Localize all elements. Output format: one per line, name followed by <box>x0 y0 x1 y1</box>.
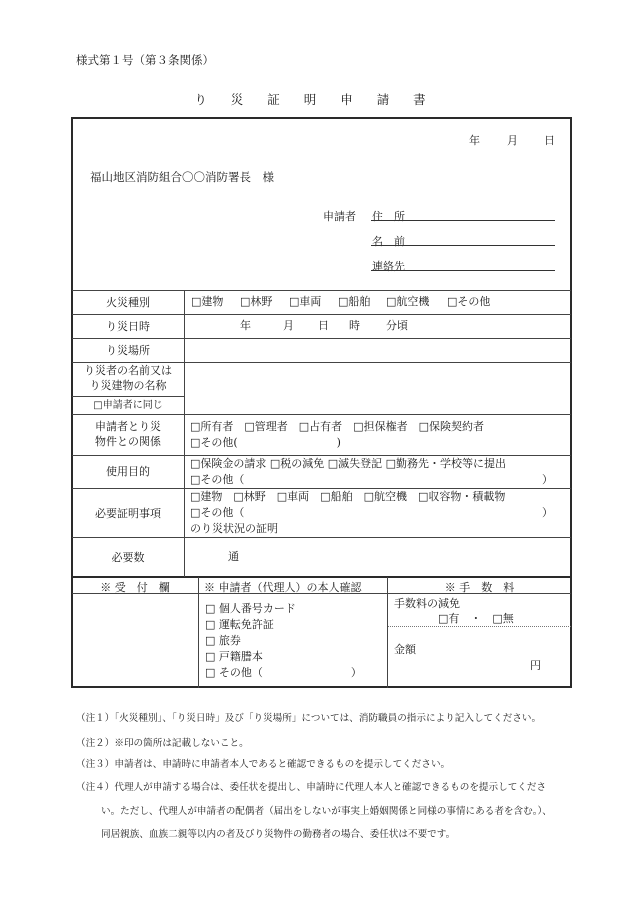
document-title: り 災 証 明 申 請 書 <box>0 90 630 108</box>
relationship-label-line1: 申請者とり災 <box>72 419 184 434</box>
fee-exemption-label: 手数料の減免 <box>394 596 460 612</box>
fire-type-label: 火災種別 <box>72 295 184 310</box>
victim-name-label: り災者の名前又は り災建物の名称 <box>72 363 184 393</box>
applicant-label: 申請者 <box>323 208 356 224</box>
divider <box>72 576 571 578</box>
identity-option-family-register[interactable]: □ 戸籍謄本 <box>205 649 263 665</box>
addressee: 福山地区消防組合〇〇消防署長 様 <box>90 169 274 185</box>
fire-type-option-vehicle[interactable]: □車両 <box>289 294 321 310</box>
address-label: 住 所 <box>372 208 405 224</box>
required-items-options-line1[interactable]: □建物 □林野 □車両 □船舶 □航空機 □収容物・積載物 <box>190 489 505 505</box>
name-label: 名 前 <box>372 233 405 249</box>
relationship-options-other[interactable]: □その他( ) <box>190 435 341 451</box>
fire-datetime-label: り災日時 <box>72 319 184 334</box>
date-year-label: 年 <box>469 132 480 148</box>
divider <box>72 396 185 397</box>
date-month-label: 月 <box>507 132 518 148</box>
date-day-label: 日 <box>544 132 555 148</box>
fire-datetime-hour: 時 <box>349 318 360 334</box>
fire-datetime-year: 年 <box>240 318 251 334</box>
identity-option-my-number-card[interactable]: □ 個人番号カード <box>205 601 296 617</box>
divider <box>72 290 571 291</box>
fire-type-option-other[interactable]: □その他 <box>447 294 490 310</box>
fire-place-label: り災場所 <box>72 343 184 358</box>
required-items-other-close-paren: ） <box>542 505 553 521</box>
fire-type-option-building[interactable]: □建物 <box>191 294 223 310</box>
fire-datetime-month: 月 <box>283 318 294 334</box>
note-4-continued-2: 同居親族、血族二親等以内の者及びり災物件の勤務者の場合、委任状は不要です。 <box>101 826 455 840</box>
note-4: （注４）代理人が申請する場合は、委任状を提出し、申請時に代理人本人と確認できるも… <box>76 779 546 793</box>
required-items-suffix: のり災状況の証明 <box>190 521 278 537</box>
fee-currency-unit: 円 <box>530 658 541 674</box>
contact-input-line[interactable] <box>371 270 555 271</box>
fire-datetime-day: 日 <box>318 318 329 334</box>
relationship-label: 申請者とり災 物件との関係 <box>72 419 184 449</box>
note-4-continued-1: い。ただし、代理人が申請者の配偶者（届出をしないが事実上婚姻関係と同様の事情にあ… <box>101 803 552 817</box>
required-items-option-other[interactable]: □その他（ <box>190 505 244 521</box>
purpose-other-close-paren: ） <box>542 472 553 488</box>
purpose-option-other[interactable]: □その他（ <box>190 472 244 488</box>
victim-name-label-line2: り災建物の名称 <box>72 378 184 393</box>
fee-header: ※ 手 数 料 <box>388 579 571 595</box>
address-input-line[interactable] <box>371 220 555 221</box>
fire-type-option-ship[interactable]: □船舶 <box>338 294 370 310</box>
note-1: （注１）「火災種別」、「り災日時」及び「り災場所」については、消防職員の指示によ… <box>76 710 541 724</box>
victim-name-label-line1: り災者の名前又は <box>72 363 184 378</box>
purpose-label: 使用目的 <box>72 464 184 479</box>
same-as-applicant-checkbox[interactable]: □申請者に同じ <box>72 398 184 413</box>
relationship-label-line2: 物件との関係 <box>72 434 184 449</box>
fee-exemption-options[interactable]: □有 ・ □無 <box>438 611 514 627</box>
victim-name-input[interactable] <box>186 364 570 413</box>
note-3: （注３）申請者は、申請時に申請者本人であると確認できるものを提示してください。 <box>76 756 450 770</box>
fire-type-option-forest[interactable]: □林野 <box>240 294 272 310</box>
divider <box>72 338 571 339</box>
fire-place-input[interactable] <box>186 340 570 361</box>
identity-header: ※ 申請者（代理人）の本人確認 <box>204 579 362 595</box>
column-divider <box>184 290 185 577</box>
purpose-options-line1[interactable]: □保険金の請求 □税の減免 □滅失登記 □勤務先・学校等に提出 <box>190 456 506 472</box>
contact-label: 連絡先 <box>372 258 405 274</box>
identity-option-other[interactable]: □ その他（ ） <box>205 665 362 681</box>
divider <box>72 314 571 315</box>
divider <box>72 537 571 538</box>
required-items-label: 必要証明事項 <box>72 506 184 521</box>
note-2: （注２）※印の箇所は記載しないこと。 <box>76 735 249 749</box>
fire-datetime-minute: 分頃 <box>386 318 408 334</box>
form-number-label: 様式第１号（第３条関係） <box>76 52 214 68</box>
copies-label: 必要数 <box>72 550 184 565</box>
identity-option-passport[interactable]: □ 旅券 <box>205 633 241 649</box>
fire-type-option-aircraft[interactable]: □航空機 <box>386 294 429 310</box>
copies-unit: 通 <box>228 549 239 565</box>
fee-amount-label: 金額 <box>394 642 416 658</box>
copies-input[interactable] <box>186 540 226 574</box>
relationship-options-line1[interactable]: □所有者 □管理者 □占有者 □担保権者 □保険契約者 <box>190 419 484 435</box>
divider <box>72 414 571 415</box>
identity-option-drivers-license[interactable]: □ 運転免許証 <box>205 617 274 633</box>
name-input-line[interactable] <box>371 245 555 246</box>
reception-header: ※ 受 付 欄 <box>72 579 198 595</box>
